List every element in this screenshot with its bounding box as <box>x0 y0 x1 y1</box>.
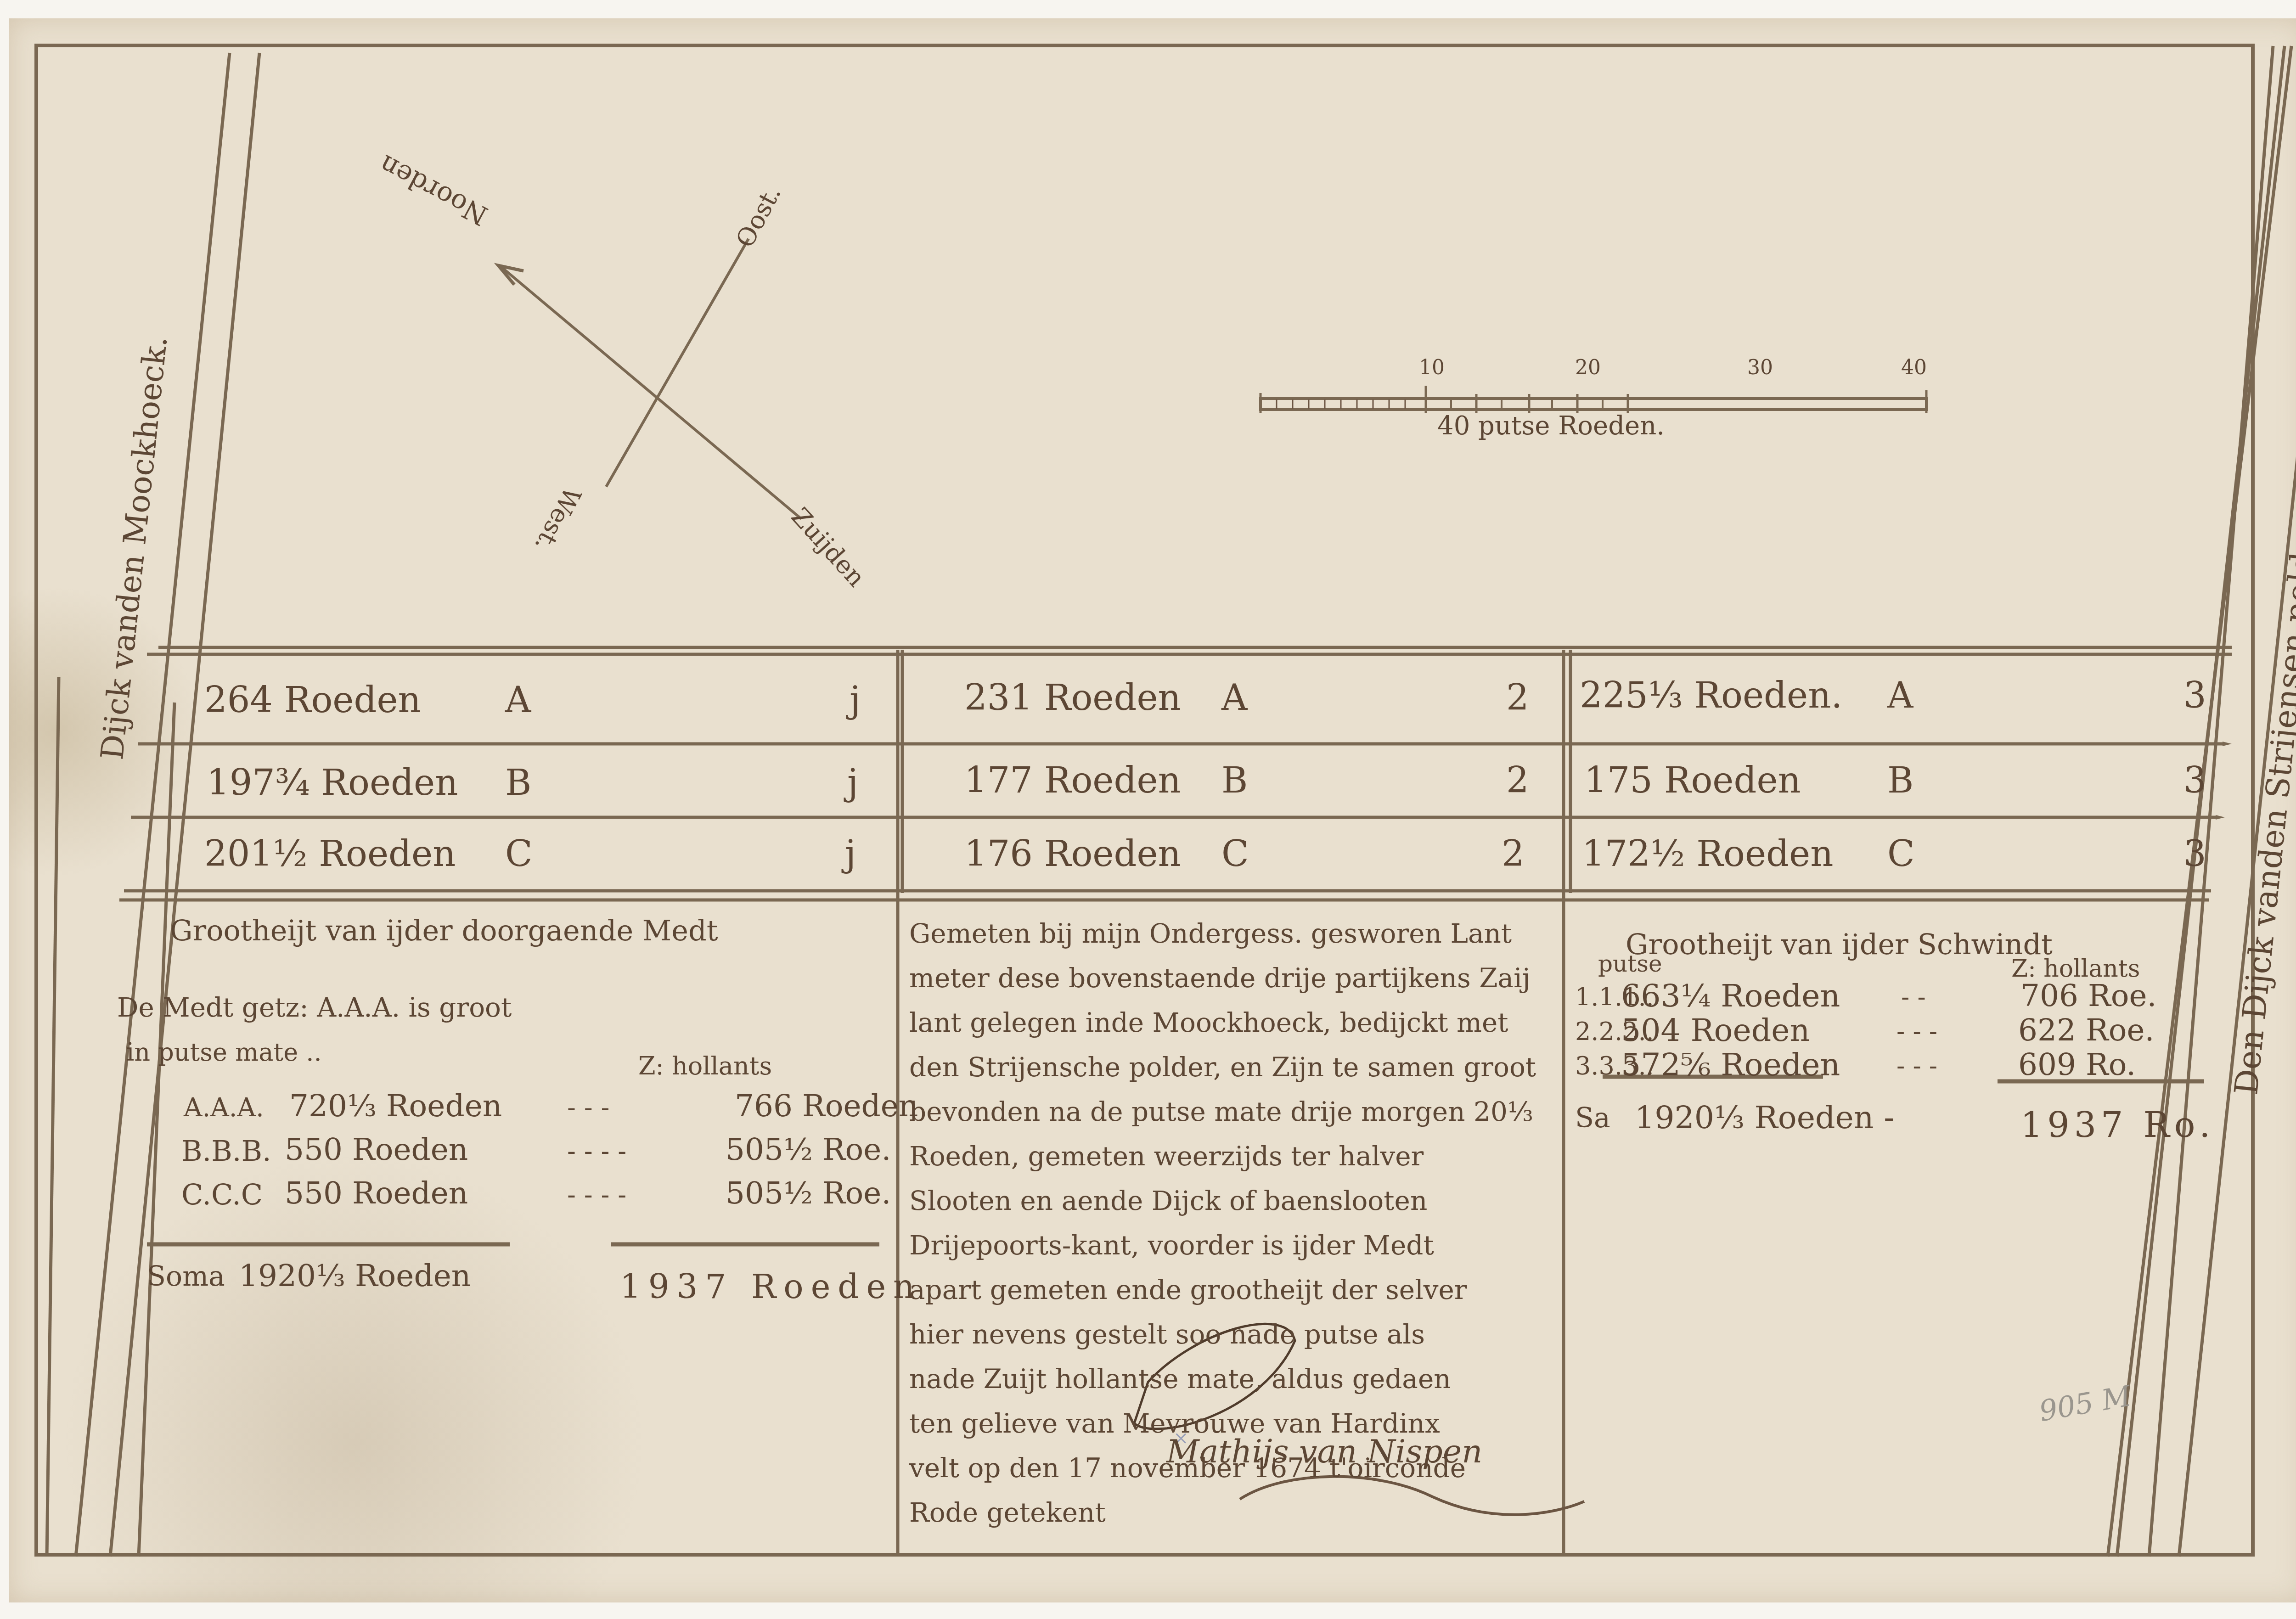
parcel-1A-letter: A <box>505 680 531 721</box>
summary-left-row-hollants: 766 Roeden <box>735 1088 918 1124</box>
parcel-2B-letter: B <box>1221 760 1248 801</box>
parcel-3A-number: 3 <box>2183 675 2206 716</box>
summary-left-row-putse: 550 Roeden <box>285 1175 468 1211</box>
parcel-3C-size: 172½ Roeden <box>1582 833 1833 875</box>
left-dyke-line-1 <box>110 53 259 1557</box>
summary-right-total-hollants: 1937 Ro. <box>2020 1104 2215 1145</box>
certification-line: apart gemeten ende grootheijt der selver <box>909 1268 1552 1312</box>
certification-line: den Strijensche polder, en Zijn te samen… <box>909 1045 1552 1090</box>
summary-right-total-putse: 1920⅓ Roeden - <box>1635 1100 1894 1136</box>
parcel-2A-size: 231 Roeden <box>964 677 1181 719</box>
scale-tick-30: 30 <box>1747 356 1773 379</box>
parcel-3A-size: 225⅓ Roeden. <box>1580 675 1842 716</box>
parcel-2A-letter: A <box>1221 677 1247 719</box>
summary-left-row-putse: 550 Roeden <box>285 1132 468 1167</box>
summary-left-row-hollants: 505½ Roe. <box>726 1132 891 1167</box>
right-dyke-line-3 <box>2149 46 2273 1557</box>
summary-right-col-header-left: putse <box>1598 950 1662 977</box>
summary-right-title: Grootheijt van ijder Schwindt <box>1626 928 2053 961</box>
certification-line: Gemeten bij mijn Ondergess. gesworen Lan… <box>909 911 1552 956</box>
north-south-axis <box>501 266 801 519</box>
scale-bar-label: 40 putse Roeden. <box>1437 411 1665 441</box>
left-dyke-line-3 <box>47 677 59 1557</box>
certification-line: Rode getekent <box>909 1490 1552 1535</box>
summary-left-row-dots: - - - - <box>567 1180 626 1210</box>
summary-left-total-putse: 1920⅓ Roeden <box>239 1258 471 1293</box>
parcel-3A-letter: A <box>1887 675 1913 716</box>
parcel-1C-size: 201½ Roeden <box>204 833 456 875</box>
parcel-3C-letter: C <box>1887 833 1915 875</box>
parcel-1B-number: j <box>847 762 858 804</box>
row-arrow <box>2216 815 2225 820</box>
certification-line: nade Zuijt hollantse mate, aldus gedaen <box>909 1357 1552 1401</box>
left-dyke-line-4 <box>139 703 174 1557</box>
certification-line: hier nevens gestelt soo nade putse als <box>909 1312 1552 1357</box>
summary-left-row-dots: - - - - <box>567 1136 626 1166</box>
parcel-2B-size: 177 Roeden <box>964 760 1181 801</box>
parcel-2C-number: 2 <box>1502 833 1525 875</box>
summary-left-row-label: B.B.B. <box>181 1134 271 1168</box>
summary-left-col-header: Z: hollants <box>638 1051 772 1080</box>
east-west-axis <box>606 239 748 487</box>
summary-right-row-putse: 663¼ Roeden <box>1621 978 1840 1014</box>
summary-right-row-hollants: 706 Roe. <box>2020 978 2156 1013</box>
parcel-2B-number: 2 <box>1506 760 1529 801</box>
summary-right-row-hollants: 622 Roe. <box>2018 1012 2154 1048</box>
certification-line: Drijepoorts-kant, voorder is ijder Medt <box>909 1223 1552 1268</box>
parcel-1C-letter: C <box>505 833 533 875</box>
summary-right-row-dots: - - - <box>1896 1051 1937 1080</box>
summary-right-total-label: Sa <box>1575 1102 1610 1134</box>
summary-left-total-label: Soma <box>147 1260 225 1293</box>
parcel-1B-letter: B <box>505 762 531 804</box>
summary-left-intro-1: De Medt getz: A.A.A. is groot <box>117 992 512 1023</box>
parcel-2C-size: 176 Roeden <box>964 833 1181 875</box>
parcel-2C-letter: C <box>1221 833 1249 875</box>
parcel-1A-size: 264 Roeden <box>204 680 421 721</box>
summary-left-row-hollants: 505½ Roe. <box>726 1175 891 1211</box>
parcel-1C-number: j <box>845 833 856 875</box>
parcel-3B-size: 175 Roeden <box>1584 760 1801 801</box>
certification-line: Roeden, gemeten weerzijds ter halver <box>909 1134 1552 1179</box>
summary-right-row-dots: - - - <box>1896 1017 1937 1046</box>
scale-tick-20: 20 <box>1575 356 1601 379</box>
row-arrow <box>2223 742 2232 746</box>
certification-line: lant gelegen inde Moockhoeck, bedijckt m… <box>909 1001 1552 1045</box>
certification-line: Slooten en aende Dijck of baenslooten <box>909 1179 1552 1223</box>
summary-left-row-label: C.C.C <box>181 1178 263 1211</box>
certification-line: bevonden na de putse mate drije morgen 2… <box>909 1090 1552 1134</box>
surveyor-signature: Mathijs van Nispen <box>1166 1433 1482 1470</box>
summary-right-row-putse: 504 Roeden <box>1621 1012 1810 1049</box>
summary-left-intro-2: in putse mate .. <box>126 1038 322 1067</box>
parcel-3C-number: 3 <box>2183 833 2206 875</box>
summary-left-row-label: A.A.A. <box>184 1093 264 1123</box>
parcel-3B-letter: B <box>1887 760 1913 801</box>
parcel-1B-size: 197¾ Roeden <box>207 762 458 804</box>
parcel-3B-number: 3 <box>2183 760 2206 801</box>
summary-left-total-hollants: 1937 Roeden <box>620 1267 922 1306</box>
scale-tick-40: 40 <box>1901 356 1927 379</box>
summary-right-row-hollants: 609 Ro. <box>2018 1047 2136 1082</box>
summary-left-row-dots: - - - <box>567 1093 609 1123</box>
left-dyke-line-2 <box>76 53 230 1557</box>
certification-line: meter dese bovenstaende drije partijkens… <box>909 956 1552 1001</box>
summary-left-row-putse: 720⅓ Roeden <box>289 1088 502 1124</box>
summary-left-title: Grootheijt van ijder doorgaende Medt <box>170 914 718 947</box>
parcel-1A-number: j <box>850 680 861 721</box>
summary-right-row-dots: - - <box>1901 983 1926 1012</box>
scale-tick-10: 10 <box>1419 356 1445 379</box>
parcel-2A-number: 2 <box>1506 677 1529 719</box>
summary-right-row-putse: 572⅚ Roeden <box>1621 1047 1840 1083</box>
